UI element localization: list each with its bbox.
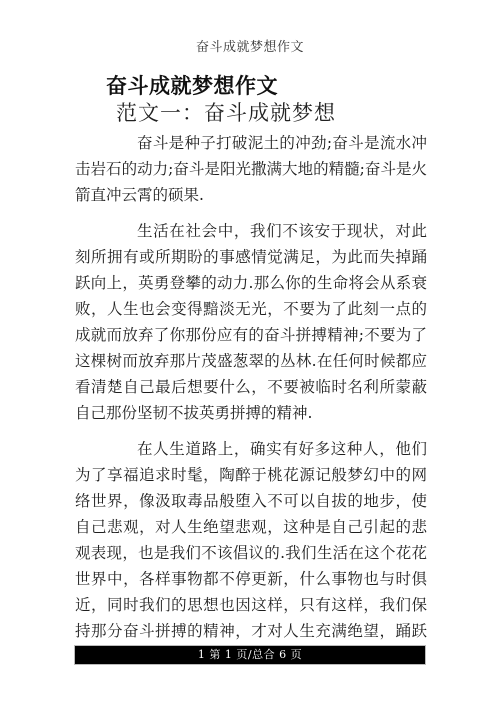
paragraph-1: 奋斗是种子打破泥土的冲劲;奋斗是流水冲击岩石的动力;奋斗是阳光撒满大地的精髓;奋… xyxy=(75,130,427,208)
paragraph-2: 生活在社会中，我们不该安于现状，对此刻所拥有或所期盼的事感情觉满足，为此而失掉踊… xyxy=(75,218,427,426)
running-header: 奋斗成就梦想作文 xyxy=(0,36,500,55)
document-subtitle: 范文一：奋斗成就梦想 xyxy=(116,97,336,127)
page-footer: 1 第 1 页/总合 6 页 xyxy=(74,645,426,665)
document-title: 奋斗成就梦想作文 xyxy=(106,70,278,100)
page-indicator: 1 第 1 页/总合 6 页 xyxy=(198,648,302,661)
paragraph-3: 在人生道路上，确实有好多这种人，他们为了享福追求时髦，陶醉于桃花源记般梦幻中的网… xyxy=(75,436,427,670)
document-body: 奋斗是种子打破泥土的冲劲;奋斗是流水冲击岩石的动力;奋斗是阳光撒满大地的精髓;奋… xyxy=(75,130,427,680)
